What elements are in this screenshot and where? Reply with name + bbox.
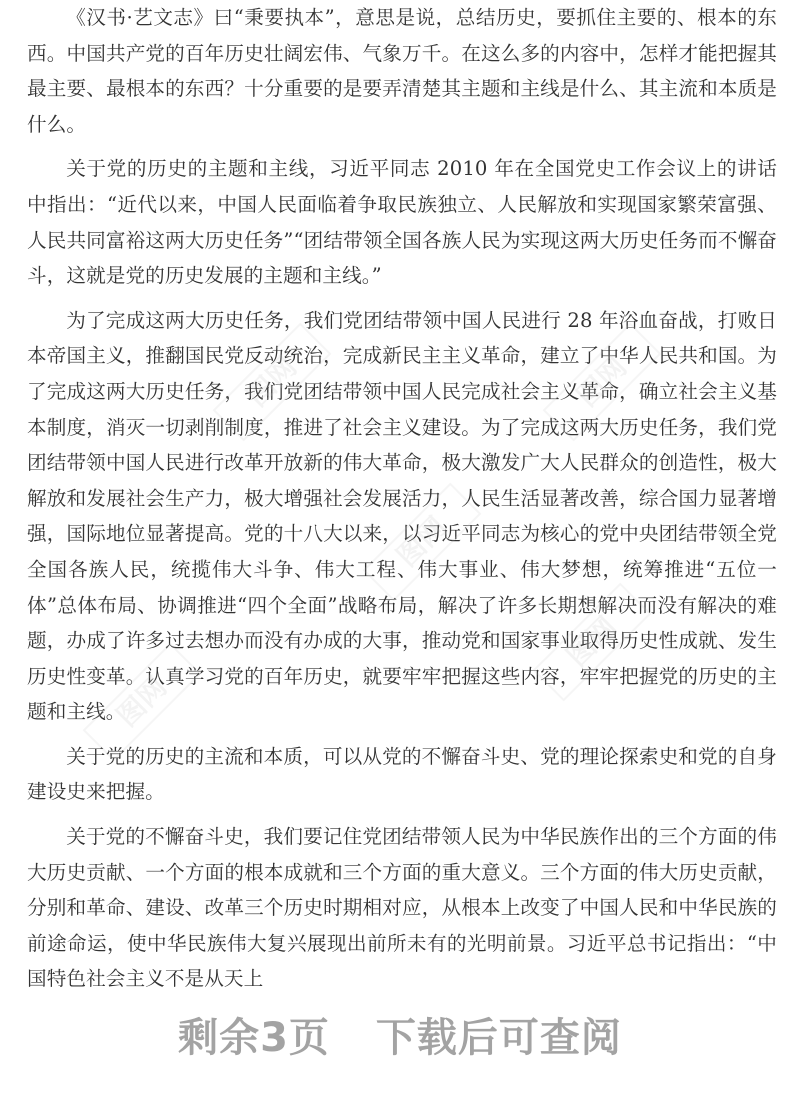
download-to-view-label[interactable]: 下载后可查阅 [376, 1006, 622, 1063]
document-page: 《汉书·艺文志》曰“秉要执本”，意思是说，总结历史，要抓住主要的、根本的东西。中… [27, 0, 777, 1006]
download-prompt[interactable]: 剩余3页下载后可查阅 [0, 1006, 800, 1063]
paragraph-3: 为了完成这两大历史任务，我们党团结带领中国人民进行 28 年浴血奋战，打败日本帝… [27, 303, 777, 730]
paragraph-4: 关于党的历史的主流和本质，可以从党的不懈奋斗史、党的理论探索史和党的自身建设史来… [27, 739, 777, 810]
paragraph-1: 《汉书·艺文志》曰“秉要执本”，意思是说，总结历史，要抓住主要的、根本的东西。中… [27, 0, 777, 142]
remaining-pages-label[interactable]: 剩余3页 [178, 1006, 330, 1063]
paragraph-2: 关于党的历史的主题和主线，习近平同志 2010 年在全国党史工作会议上的讲话中指… [27, 151, 777, 293]
paragraph-5: 关于党的不懈奋斗史，我们要记住党团结带领人民为中华民族作出的三个方面的伟大历史贡… [27, 819, 777, 997]
